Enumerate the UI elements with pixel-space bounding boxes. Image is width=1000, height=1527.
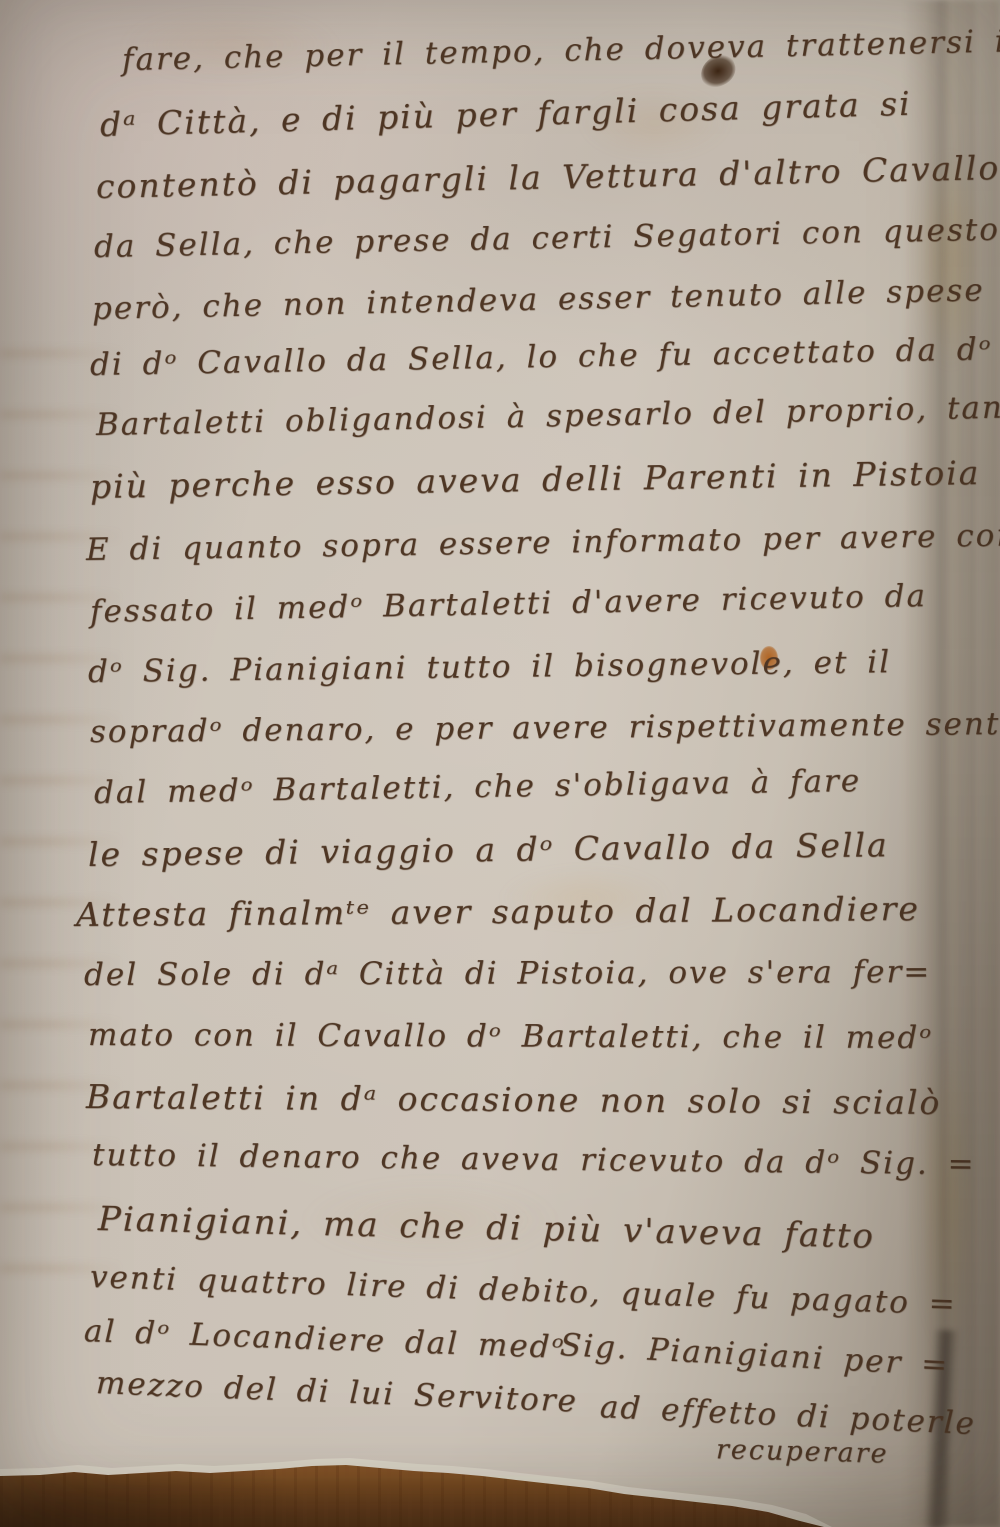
photograph-of-manuscript: fare, che per il tempo, che doveva tratt… [0,0,1000,1527]
manuscript-line-07: Bartaletti obligandosi à spesarlo del pr… [96,392,1000,441]
manuscript-line-08: più perche esso aveva delli Parenti in P… [90,456,981,503]
manuscript-line-17: mato con il Cavallo dᵒ Bartaletti, che i… [88,1020,933,1054]
manuscript-line-23-left: mezzo del di lui Servitore [95,1368,578,1417]
manuscript-line-20: Pianigiani, ma che di più v'aveva fatto [98,1202,876,1254]
manuscript-line-03: contentò di pagargli la Vettura d'altro … [96,150,1000,203]
manuscript-line-04: da Sella, che prese da certi Segatori co… [94,215,1000,263]
manuscript-line-23-right: ad effetto di poterle [599,1392,976,1440]
manuscript-catchword: recuperare [716,1436,889,1468]
manuscript-line-01: fare, che per il tempo, che doveva tratt… [122,26,1000,76]
manuscript-line-02: dᵃ Città, e di più per fargli cosa grata… [100,87,912,141]
manuscript-line-22-left: al dᵒ Locandiere dal medᵒ [83,1316,565,1364]
manuscript-line-16: del Sole di dᵃ Città di Pistoia, ove s'e… [84,957,931,991]
manuscript-line-18: Bartaletti in dᵃ occasione non solo si s… [86,1080,942,1119]
manuscript-line-12: sopradᵒ denaro, e per avere rispettivame… [90,709,1000,748]
manuscript-line-06: di dᵒ Cavallo da Sella, lo che fu accett… [90,334,993,381]
manuscript-line-13: dal medᵒ Bartaletti, che s'obligava à fa… [94,766,862,809]
manuscript-line-19: tutto il denaro che aveva ricevuto da dᵒ… [92,1140,976,1180]
manuscript-line-22-right: Sig. Pianigiani per = [559,1330,950,1381]
manuscript-line-10: fessato il medᵒ Bartaletti d'avere ricev… [90,581,928,628]
manuscript-page: fare, che per il tempo, che doveva tratt… [0,0,1000,1527]
manuscript-line-14: le spese di viaggio a dᵒ Cavallo da Sell… [88,828,889,871]
manuscript-line-15: Attesta finalmᵗᵉ aver saputo dal Locandi… [76,892,920,931]
manuscript-line-11: dᵒ Sig. Pianigiani tutto il bisognevole,… [88,647,891,688]
manuscript-line-09: E di quanto sopra essere informato per a… [86,520,1000,566]
manuscript-line-21: venti quattro lire di debito, quale fu p… [90,1262,958,1320]
handwritten-text: fare, che per il tempo, che doveva tratt… [0,0,1000,1527]
manuscript-line-05: però, che non intendeva esser tenuto all… [92,274,1000,325]
